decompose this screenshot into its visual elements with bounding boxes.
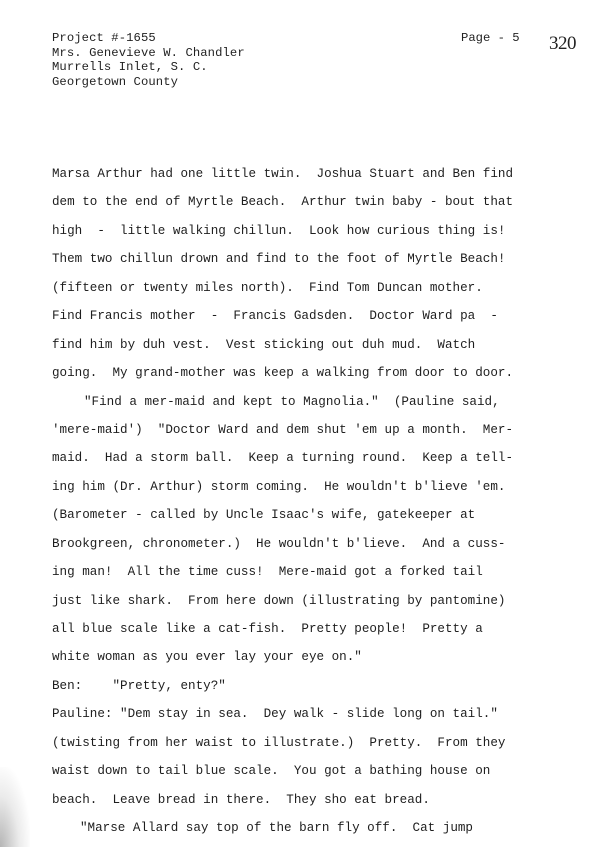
text-line: all blue scale like a cat-fish. Pretty p… [52,615,582,643]
county: Georgetown County [52,75,245,90]
text-line: just like shark. From here down (illustr… [52,587,582,615]
text-line: (twisting from her waist to illustrate.)… [52,729,582,757]
text-line: Marsa Arthur had one little twin. Joshua… [52,160,582,188]
stamped-folio-number: 320 [549,33,576,55]
author-location: Murrells Inlet, S. C. [52,60,245,75]
text-line: maid. Had a storm ball. Keep a turning r… [52,444,582,472]
text-line: beach. Leave bread in there. They sho ea… [52,786,582,814]
text-line: ing man! All the time cuss! Mere-maid go… [52,558,582,586]
text-line: going. My grand-mother was keep a walkin… [52,359,582,387]
text-line: dem to the end of Myrtle Beach. Arthur t… [52,188,582,216]
text-line: 'mere-maid') "Doctor Ward and dem shut '… [52,416,582,444]
project-number: Project #-1655 [52,31,245,46]
text-line: (Barometer - called by Uncle Isaac's wif… [52,501,582,529]
text-line: Them two chillun drown and find to the f… [52,245,582,273]
text-line: (fifteen or twenty miles north). Find To… [52,274,582,302]
text-line: ing him (Dr. Arthur) storm coming. He wo… [52,473,582,501]
text-line: find him by duh vest. Vest sticking out … [52,331,582,359]
document-header: Project #-1655 Mrs. Genevieve W. Chandle… [52,31,245,89]
text-line: Find Francis mother - Francis Gadsden. D… [52,302,582,330]
text-line: Pauline: "Dem stay in sea. Dey walk - sl… [52,700,582,728]
author-name: Mrs. Genevieve W. Chandler [52,46,245,61]
text-line: Ben: "Pretty, enty?" [52,672,582,700]
text-line: Brookgreen, chronometer.) He wouldn't b'… [52,530,582,558]
transcript-body: Marsa Arthur had one little twin. Joshua… [52,160,582,843]
text-line: "Marse Allard say top of the barn fly of… [52,814,582,842]
scan-artifact [0,767,30,847]
document-page: Project #-1655 Mrs. Genevieve W. Chandle… [0,0,600,847]
page-number-label: Page - 5 [461,31,520,45]
text-line: high - little walking chillun. Look how … [52,217,582,245]
text-line: white woman as you ever lay your eye on.… [52,643,582,671]
text-line: "Find a mer-maid and kept to Magnolia." … [52,388,582,416]
text-line: waist down to tail blue scale. You got a… [52,757,582,785]
